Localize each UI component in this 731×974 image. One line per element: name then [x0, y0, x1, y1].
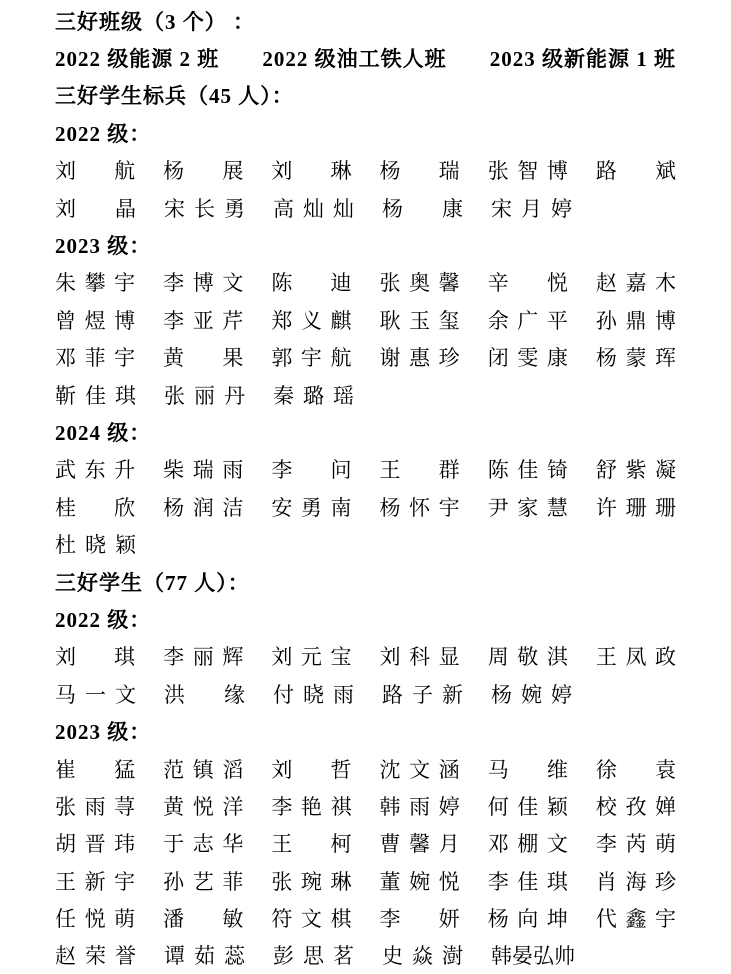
name-row: 曾煜博李亚芹郑义麒耿玉玺余广平孙鼎博 — [55, 301, 676, 338]
student-name: 韩晏弘帅 — [491, 940, 572, 970]
student-name: 张智博 — [488, 155, 568, 185]
grade-heading: 2022 级： — [55, 600, 676, 637]
student-name: 杨向坤 — [488, 903, 568, 933]
student-name: 张琬琳 — [271, 866, 351, 896]
section-heading: 三好学生（77 人）： — [55, 563, 676, 600]
section-heading: 三好班级（3 个） ： — [55, 2, 676, 39]
student-name: 史焱澍 — [382, 940, 463, 970]
student-name: 付晓雨 — [273, 679, 354, 709]
student-name: 杨润洁 — [163, 492, 243, 522]
grade-heading: 2023 级： — [55, 712, 676, 749]
grade-heading: 2023 级： — [55, 226, 676, 263]
student-name: 崔猛 — [55, 754, 135, 784]
student-name: 路子新 — [382, 679, 463, 709]
student-name: 舒紫凝 — [596, 454, 676, 484]
name-row: 王新宇孙艺菲张琬琳董婉悦李佳琪肖海珍 — [55, 862, 676, 899]
name-row: 朱攀宇李博文陈迪张奥馨辛悦赵嘉木 — [55, 264, 676, 301]
student-name: 张丽丹 — [164, 380, 245, 410]
student-name: 李问 — [271, 454, 351, 484]
student-name: 李妍 — [380, 903, 460, 933]
student-name: 刘科显 — [380, 641, 460, 671]
student-name: 洪缘 — [164, 679, 245, 709]
student-name: 胡晋玮 — [55, 828, 135, 858]
student-name: 周敬淇 — [488, 641, 568, 671]
name-row: 刘晶宋长勇高灿灿杨康宋月婷 — [55, 189, 676, 226]
name-row: 武东升柴瑞雨李问王群陈佳锜舒紫凝 — [55, 451, 676, 488]
grade-heading: 2022 级： — [55, 114, 676, 151]
student-name: 王凤政 — [596, 641, 676, 671]
student-name: 范镇滔 — [163, 754, 243, 784]
student-name: 李芮萌 — [596, 828, 676, 858]
student-name: 余广平 — [488, 305, 568, 335]
class-list: 2022 级能源 2 班2022 级油工铁人班2023 级新能源 1 班 — [55, 39, 676, 76]
student-name: 耿玉玺 — [380, 305, 460, 335]
name-row: 赵荣誉谭茹蕊彭思茗史焱澍韩晏弘帅 — [55, 937, 676, 974]
student-name: 朱攀宇 — [55, 267, 135, 297]
student-name: 张奥馨 — [380, 267, 460, 297]
student-name: 柴瑞雨 — [163, 454, 243, 484]
name-row: 胡晋玮于志华王柯曹馨月邓棚文李芮萌 — [55, 825, 676, 862]
name-row: 刘航杨展刘琳杨瑞张智博路斌 — [55, 152, 676, 189]
student-name: 张雨荨 — [55, 791, 135, 821]
student-name: 李丽辉 — [163, 641, 243, 671]
student-name: 校孜婵 — [596, 791, 676, 821]
student-name: 杨瑞 — [380, 155, 460, 185]
student-name: 郑义麒 — [271, 305, 351, 335]
name-row: 邓菲宇黄果郭宇航谢惠珍闭雯康杨蒙珲 — [55, 339, 676, 376]
name-row: 张雨荨黄悦洋李艳祺韩雨婷何佳颖校孜婵 — [55, 787, 676, 824]
student-name: 刘琪 — [55, 641, 135, 671]
student-name: 黄果 — [163, 342, 243, 372]
student-name: 陈迪 — [271, 267, 351, 297]
document-page: 三好班级（3 个） ：2022 级能源 2 班2022 级油工铁人班2023 级… — [0, 0, 731, 974]
student-name: 杨展 — [163, 155, 243, 185]
student-name: 宋长勇 — [164, 193, 245, 223]
student-name: 杨蒙珲 — [596, 342, 676, 372]
student-name: 曾煜博 — [55, 305, 135, 335]
student-name: 刘航 — [55, 155, 135, 185]
student-name: 郭宇航 — [271, 342, 351, 372]
name-row: 崔猛范镇滔刘哲沈文涵马维徐袁 — [55, 750, 676, 787]
student-name: 孙艺菲 — [163, 866, 243, 896]
student-name: 武东升 — [55, 454, 135, 484]
student-name: 代鑫宇 — [596, 903, 676, 933]
class-name: 2022 级能源 2 班 — [55, 43, 219, 73]
student-name: 王柯 — [271, 828, 351, 858]
student-name: 邓菲宇 — [55, 342, 135, 372]
student-name: 李佳琪 — [488, 866, 568, 896]
student-name: 何佳颖 — [488, 791, 568, 821]
student-name: 谢惠珍 — [380, 342, 460, 372]
student-name: 黄悦洋 — [163, 791, 243, 821]
student-name: 刘元宝 — [271, 641, 351, 671]
grade-heading: 2024 级： — [55, 413, 676, 450]
student-name: 靳佳琪 — [55, 380, 136, 410]
name-row: 任悦萌潘敏符文棋李妍杨向坤代鑫宇 — [55, 899, 676, 936]
student-name: 于志华 — [163, 828, 243, 858]
student-name: 闭雯康 — [488, 342, 568, 372]
student-name: 彭思茗 — [273, 940, 354, 970]
name-row: 马一文洪缘付晓雨路子新杨婉婷 — [55, 675, 676, 712]
name-row: 靳佳琪张丽丹秦璐瑶 — [55, 376, 676, 413]
student-name: 董婉悦 — [380, 866, 460, 896]
student-name: 马一文 — [55, 679, 136, 709]
student-name: 徐袁 — [596, 754, 676, 784]
student-name: 宋月婷 — [491, 193, 572, 223]
student-name: 桂欣 — [55, 492, 135, 522]
student-name: 安勇南 — [271, 492, 351, 522]
student-name: 王新宇 — [55, 866, 135, 896]
student-name: 杨婉婷 — [491, 679, 572, 709]
name-row: 桂欣杨润洁安勇南杨怀宇尹家慧许珊珊 — [55, 488, 676, 525]
student-name: 符文棋 — [271, 903, 351, 933]
student-name: 潘敏 — [163, 903, 243, 933]
student-name: 辛悦 — [488, 267, 568, 297]
student-name: 尹家慧 — [488, 492, 568, 522]
name-row: 杜晓颖 — [55, 525, 676, 562]
student-name: 马维 — [488, 754, 568, 784]
student-name: 赵荣誉 — [55, 940, 136, 970]
student-name: 王群 — [380, 454, 460, 484]
student-name: 韩雨婷 — [380, 791, 460, 821]
student-name: 刘晶 — [55, 193, 136, 223]
student-name: 路斌 — [596, 155, 676, 185]
student-name: 李博文 — [163, 267, 243, 297]
student-name: 杜晓颖 — [55, 529, 136, 559]
student-name: 刘琳 — [271, 155, 351, 185]
student-name: 李艳祺 — [271, 791, 351, 821]
student-name: 沈文涵 — [380, 754, 460, 784]
student-name: 高灿灿 — [273, 193, 354, 223]
student-name: 孙鼎博 — [596, 305, 676, 335]
student-name: 赵嘉木 — [596, 267, 676, 297]
student-name: 刘哲 — [271, 754, 351, 784]
section-heading: 三好学生标兵（45 人）： — [55, 77, 676, 114]
student-name: 谭茹蕊 — [164, 940, 245, 970]
student-name: 陈佳锜 — [488, 454, 568, 484]
student-name: 秦璐瑶 — [273, 380, 354, 410]
name-row: 刘琪李丽辉刘元宝刘科显周敬淇王凤政 — [55, 638, 676, 675]
student-name: 任悦萌 — [55, 903, 135, 933]
student-name: 肖海珍 — [596, 866, 676, 896]
student-name: 杨康 — [382, 193, 463, 223]
student-name: 邓棚文 — [488, 828, 568, 858]
student-name: 李亚芹 — [163, 305, 243, 335]
class-name: 2023 级新能源 1 班 — [490, 43, 676, 73]
student-name: 许珊珊 — [596, 492, 676, 522]
student-name: 曹馨月 — [380, 828, 460, 858]
student-name: 杨怀宇 — [380, 492, 460, 522]
class-name: 2022 级油工铁人班 — [262, 43, 446, 73]
